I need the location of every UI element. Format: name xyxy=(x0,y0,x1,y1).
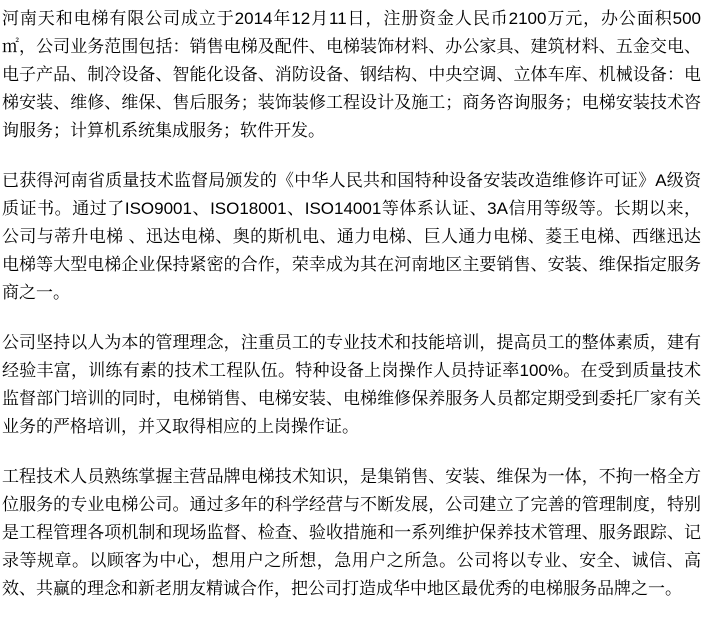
paragraph-company-intro: 河南天和电梯有限公司成立于2014年12月11日，注册资金人民币2100万元，办… xyxy=(2,5,701,145)
company-profile-document: 河南天和电梯有限公司成立于2014年12月11日，注册资金人民币2100万元，办… xyxy=(0,0,702,631)
paragraph-service-philosophy: 工程技术人员熟练掌握主营品牌电梯技术知识，是集销售、安装、维保为一体，不拘一格全… xyxy=(2,463,701,603)
paragraph-staff-training: 公司坚持以人为本的管理理念，注重员工的专业技术和技能培训，提高员工的整体素质，建… xyxy=(2,329,701,441)
paragraph-certifications-partners: 已获得河南省质量技术监督局颁发的《中华人民共和国特种设备安装改造维修许可证》A级… xyxy=(2,167,701,307)
